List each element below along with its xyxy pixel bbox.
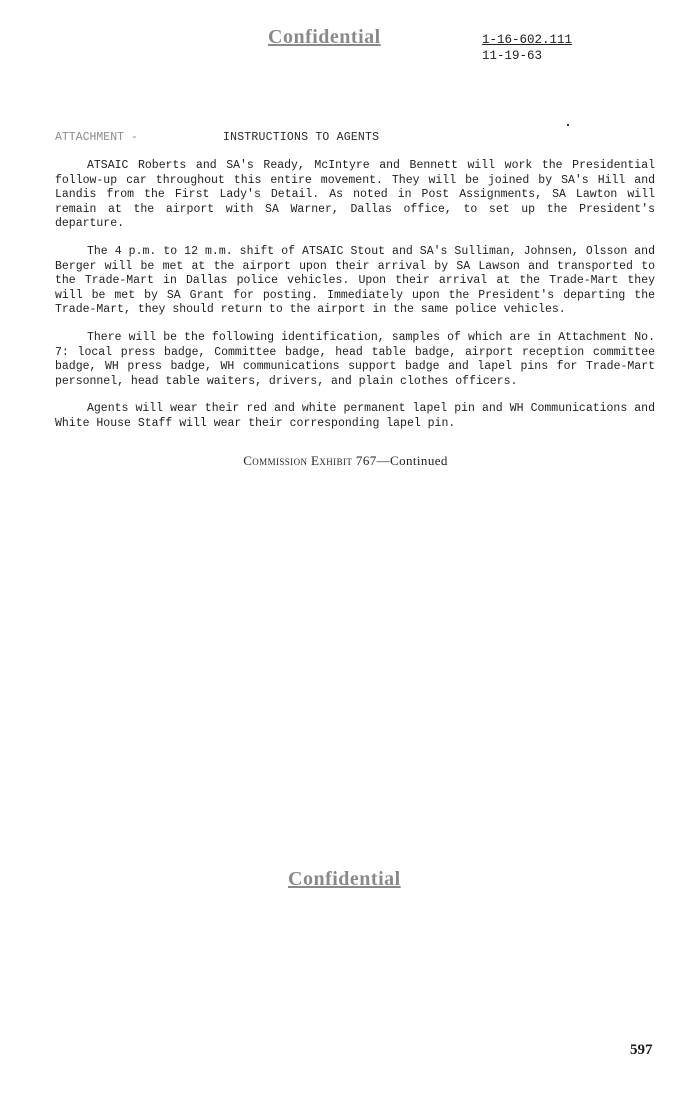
exhibit-title: Commission Exhibit 767	[243, 453, 376, 468]
paragraph-lapel-pins: Agents will wear their red and white per…	[55, 402, 655, 431]
section-heading: INSTRUCTIONS TO AGENTS	[223, 131, 379, 144]
document-body: ATSAIC Roberts and SA's Ready, McIntyre …	[55, 159, 655, 432]
page-number: 597	[630, 1042, 653, 1059]
confidential-stamp-top: Confidential	[268, 26, 381, 49]
paragraph-shift: The 4 p.m. to 12 m.m. shift of ATSAIC St…	[55, 245, 655, 318]
document-reference: 1-16-602.111 11-19-63	[482, 32, 572, 64]
stray-mark	[567, 124, 569, 126]
exhibit-continued: —Continued	[377, 453, 448, 468]
document-date: 11-19-63	[482, 48, 572, 64]
paragraph-follow-up-car: ATSAIC Roberts and SA's Ready, McIntyre …	[55, 159, 655, 232]
exhibit-caption: Commission Exhibit 767—Continued	[0, 453, 691, 469]
attachment-label: ATTACHMENT -	[55, 131, 138, 144]
file-number: 1-16-602.111	[482, 32, 572, 48]
confidential-stamp-bottom: Confidential	[288, 868, 401, 891]
paragraph-identification: There will be the following identificati…	[55, 331, 655, 389]
